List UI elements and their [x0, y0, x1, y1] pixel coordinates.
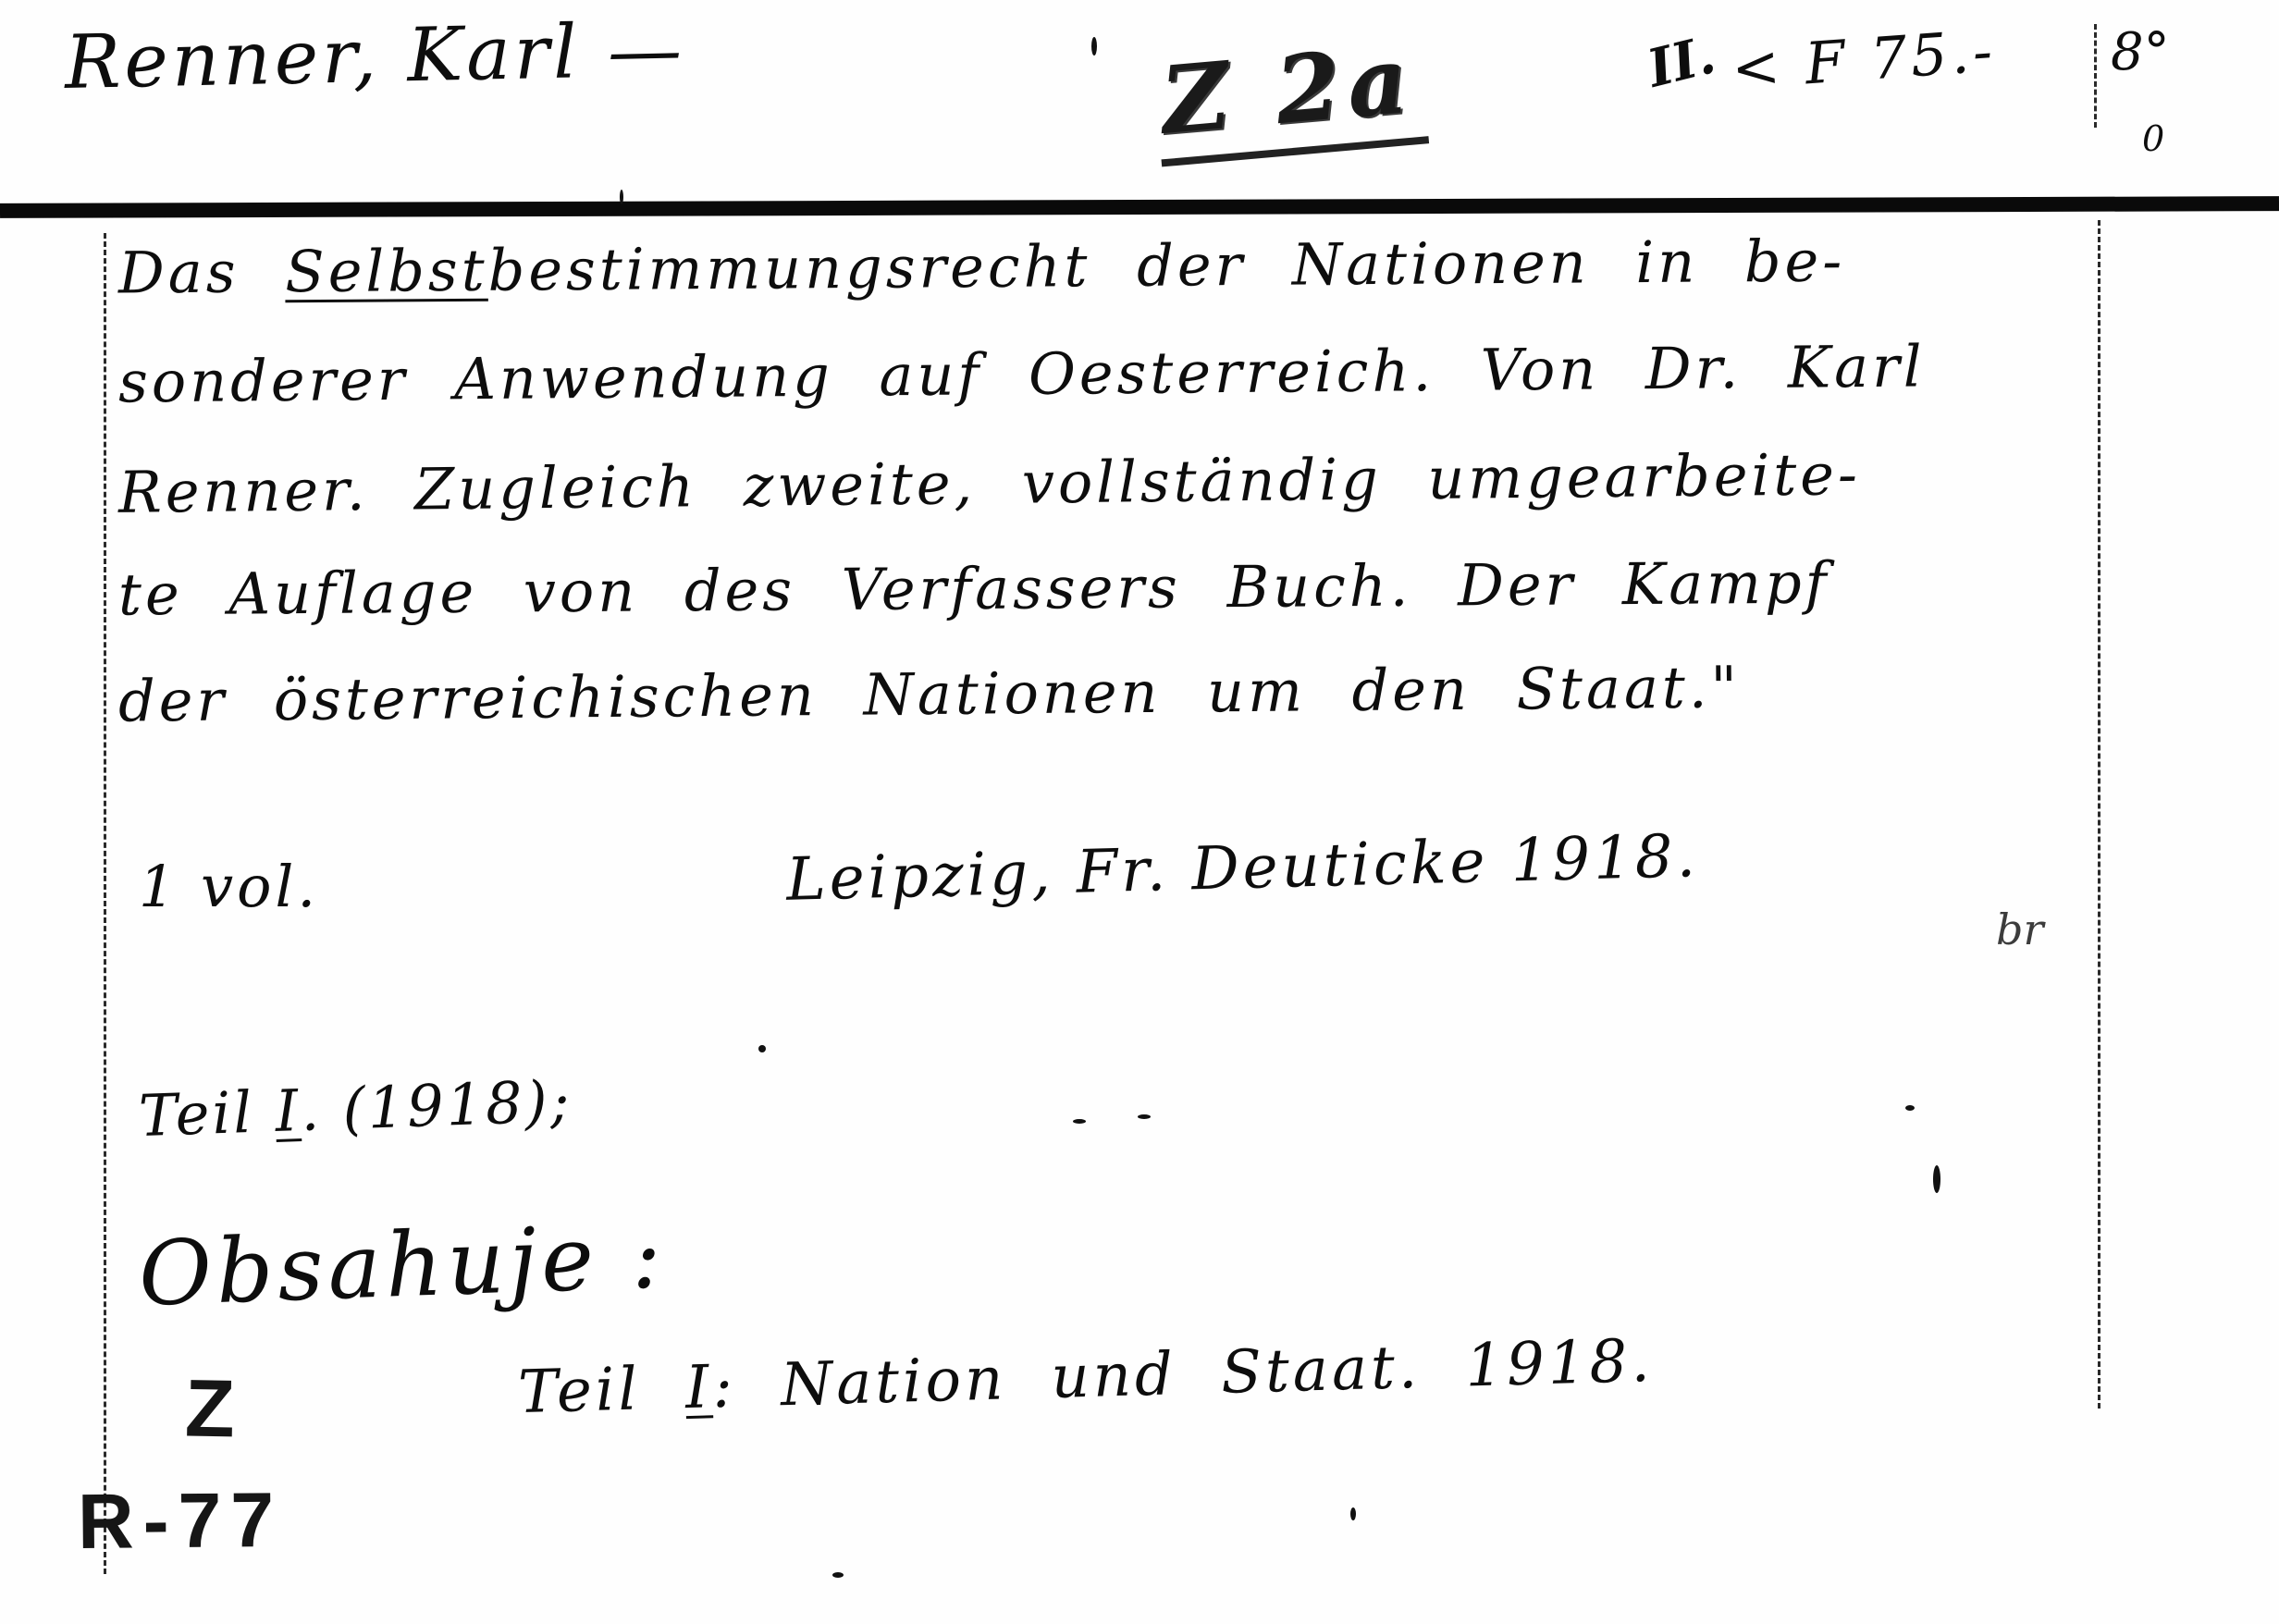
scan-speck: [1138, 1114, 1151, 1119]
binding-note: br: [1996, 904, 2043, 954]
call-number: Z 2a: [1152, 24, 1429, 167]
scan-speck: [1933, 1165, 1940, 1193]
title-line-2: sonderer Anwendung auf Oesterreich. Von …: [118, 332, 1926, 415]
catalog-card: Renner, Karl — Z 2a II. < F 75.- 8° 0 Da…: [0, 0, 2279, 1624]
title-line-5: der österreichischen Nationen um den Sta…: [118, 653, 1742, 734]
volume-roman-numeral: II.: [1642, 24, 1721, 99]
scan-speck: [1905, 1105, 1915, 1111]
title-line-4: te Auflage von des Verfassers Buch. Der …: [118, 549, 1830, 629]
holdings-suffix: . (1918);: [300, 1067, 573, 1144]
scan-speck: [1073, 1119, 1086, 1124]
volume-statement: 1 vol.: [139, 853, 319, 920]
top-right-margin-line: [2094, 24, 2097, 128]
left-margin-line: [104, 233, 106, 1574]
top-rule: [0, 196, 2279, 218]
holdings-prefix: Teil: [138, 1077, 277, 1150]
holdings-statement: Teil I. (1918);: [138, 1067, 573, 1150]
holdings-underlined: I: [274, 1077, 302, 1145]
format-note-sub: 0: [2142, 118, 2164, 159]
scan-speck: [832, 1572, 844, 1578]
contents-entry: Teil I: Nation und Staat. 1918.: [517, 1327, 1654, 1427]
title-line-1: Das Selbstbestimmungsrecht der Nationen …: [118, 227, 1846, 306]
contents-prefix: Teil: [517, 1354, 686, 1427]
scan-speck: [1091, 37, 1097, 55]
author-heading: Renner, Karl —: [64, 6, 686, 105]
contains-label: Obsahuje :: [137, 1204, 667, 1326]
title-line-3: Renner. Zugleich zweite, vollständig umg…: [118, 440, 1862, 526]
title-line-1-prefix: Das: [118, 238, 286, 306]
format-note: 8°: [2111, 22, 2170, 82]
contents-underlined: I: [684, 1353, 713, 1422]
price-note: < F 75.-: [1730, 17, 1998, 103]
right-margin-line: [2098, 220, 2100, 1409]
scan-speck: [758, 1045, 766, 1052]
class-letter-mark: Z: [184, 1361, 236, 1457]
scan-speck: [1350, 1507, 1356, 1520]
imprint-statement: Leipzig, Fr. Deuticke 1918.: [785, 822, 1700, 915]
scan-speck: [620, 190, 623, 204]
shelf-mark: R-77: [78, 1475, 284, 1567]
title-line-1-underlined: Selbst: [285, 237, 488, 306]
contents-suffix: : Nation und Staat. 1918.: [711, 1327, 1654, 1421]
title-line-1-suffix: bestimmungsrecht der Nationen in be-: [487, 227, 1845, 303]
